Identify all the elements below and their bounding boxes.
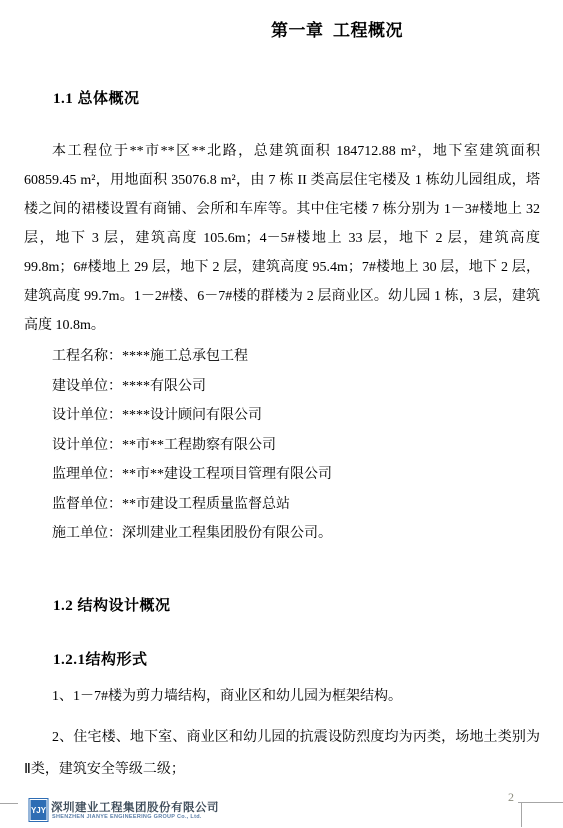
chapter-title: 第一章 工程概况	[271, 16, 403, 41]
project-info-line-name: 工程名称：****施工总承包工程	[24, 342, 540, 372]
structure-item-1: 1、1－7#楼为剪力墙结构，商业区和幼儿园为框架结构。	[24, 682, 540, 711]
footer-company-name-cn: 深圳建业工程集团股份有限公司	[51, 799, 219, 815]
project-info-line-inspector: 监督单位：**市建设工程质量监督总站	[24, 490, 540, 520]
document-page: 第一章 工程概况 1.1 总体概况 本工程位于**市**区**北路，总建筑面积 …	[0, 0, 563, 828]
project-info-line-supervisor: 监理单位：**市**建设工程项目管理有限公司	[24, 460, 540, 490]
section-heading-1-2-1: 1.2.1结构形式	[53, 648, 148, 669]
footer-company-name-en: SHENZHEN JIANYE ENGINEERING GROUP Co., L…	[52, 814, 202, 820]
footer-rule-left	[0, 803, 18, 804]
project-info-list: 工程名称：****施工总承包工程 建设单位：****有限公司 设计单位：****…	[24, 342, 540, 549]
company-logo-icon: YJY	[28, 797, 49, 823]
footer-rule-right	[518, 802, 563, 803]
structure-item-2: 2、住宅楼、地下室、商业区和幼儿园的抗震设防烈度均为丙类，场地土类别为Ⅱ类，建筑…	[24, 722, 540, 786]
project-info-line-surveyor: 设计单位：**市**工程勘察有限公司	[24, 431, 540, 461]
project-info-line-contractor: 施工单位：深圳建业工程集团股份有限公司。	[24, 519, 540, 549]
section-heading-1-1: 1.1 总体概况	[53, 87, 140, 108]
section-heading-1-2: 1.2 结构设计概况	[53, 594, 171, 615]
page-number: 2	[508, 790, 514, 805]
overview-paragraph: 本工程位于**市**区**北路，总建筑面积 184712.88 m²，地下室建筑…	[24, 137, 540, 340]
logo-monogram-text: YJY	[31, 806, 47, 815]
footer-rule-vertical	[521, 802, 522, 827]
project-info-line-designer: 设计单位：****设计顾问有限公司	[24, 401, 540, 431]
project-info-line-owner: 建设单位：****有限公司	[24, 372, 540, 402]
